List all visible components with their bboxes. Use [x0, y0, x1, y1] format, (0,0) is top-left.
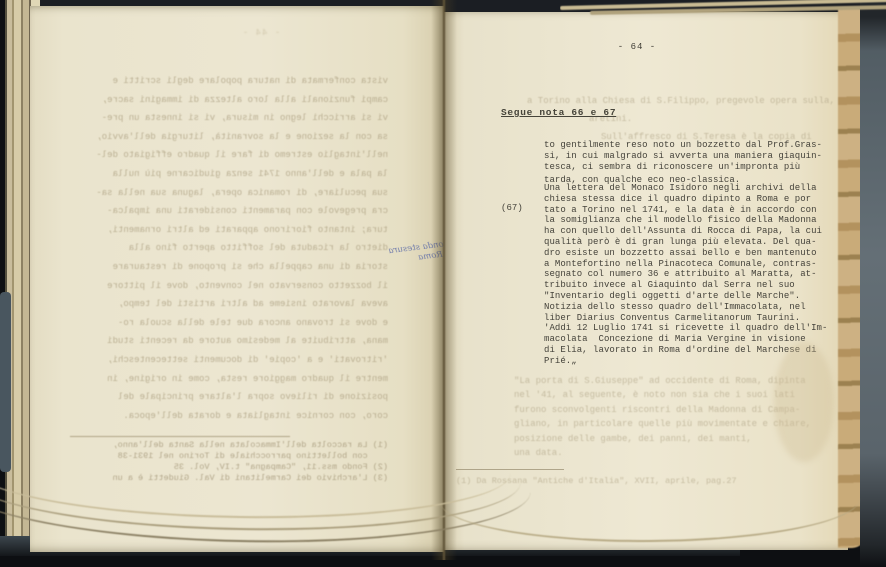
text-line: sa con la sezione e la sovranità, liturg… — [46, 128, 388, 147]
page-number: - 64 - — [592, 42, 682, 52]
text-line: vista confermata di natura popolare degl… — [46, 72, 388, 91]
text-line: liber Diarius Conventus Carmelitanorum T… — [544, 313, 827, 324]
text-line: Una lettera del Monaco Isidoro negli arc… — [544, 183, 827, 194]
text-line: tato a Torino nel 1741, e la data è in a… — [544, 205, 827, 216]
text-line: e dove si trovano ancora due tele della … — [46, 314, 388, 333]
text-line: tribuito invece al Giaquinto dal Serra n… — [544, 280, 827, 291]
text-line: (67) — [501, 203, 544, 214]
right-page: a Torino alla Chiesa di S.Filippo, prege… — [444, 12, 848, 550]
right-page-showthrough-bottom: "La porta di S.Giuseppe" ad occidente di… — [514, 374, 811, 460]
text-line: "La porta di S.Giuseppe" ad occidente di… — [514, 374, 811, 388]
text-line: tura; intanto fiorirono apparati ed altr… — [46, 221, 388, 240]
note-67-text: Una lettera del Monaco Isidoro negli arc… — [544, 183, 827, 367]
top-right-page-edges — [560, 0, 886, 18]
text-line: dro esiste un bozzetto assai bello e ben… — [544, 248, 827, 259]
text-line: campi funzionali alla loro altezza di im… — [46, 91, 388, 110]
text-line: dietro la ricaduta del soffitto aperto f… — [46, 239, 388, 258]
text-line: aretini. — [589, 110, 835, 128]
text-line: tesca, ci sembra di riconoscere un'impro… — [544, 162, 822, 173]
text-line: con bollettino parrocchiale di Torino ne… — [46, 451, 388, 462]
text-line: 'ritrovati' e a 'copie' di documenti set… — [46, 351, 388, 370]
text-line: macolata Concezione di Maria Vergine in … — [544, 334, 827, 345]
text-line: mentre il quadro maggiore resta, come in… — [46, 370, 388, 389]
note-67-number: (67) — [501, 183, 544, 234]
text-line: gliano, in particolare quelle più movime… — [514, 417, 811, 431]
text-line: chiesa stessa dice il quadro dipinto a R… — [544, 194, 827, 205]
text-line: ha con quello dell'Assunta di Rocca di P… — [544, 226, 827, 237]
text-line: cra pregevole con paramenti considerati … — [46, 202, 388, 221]
text-line: sua peculiare, di romanica opera, laguna… — [46, 184, 388, 203]
text-line: 'Addì 12 Luglio 1741 si ricevette il qua… — [544, 323, 827, 334]
note-67-block: (67) Una lettera del Monaco Isidoro negl… — [501, 183, 827, 367]
text-line: segnato col numero 36 e attribuito al Ma… — [544, 269, 827, 280]
text-line: nel '41, al seguente, è noto non sia che… — [514, 388, 811, 402]
note-66-continuation-text: to gentilmente reso noto un bozzetto dal… — [544, 140, 822, 186]
text-line: una data. — [514, 446, 811, 460]
text-line: nell'intaglio estremo di fare il quadro … — [46, 146, 388, 165]
text-line: posizione di rilievo sopra l'altare prin… — [46, 388, 388, 407]
text-line: la somiglianza che il modello fisico del… — [544, 215, 827, 226]
text-line: il bozzetto conservato nel convento, dov… — [46, 277, 388, 296]
text-line: storia di una cappella che si propone di… — [46, 258, 388, 277]
text-line: qualità però è di gran lunga più elevata… — [544, 237, 827, 248]
scanned-book-photo: - 44 - vista confermata di natura popola… — [0, 0, 886, 567]
right-cover-edge — [860, 0, 886, 567]
text-line: coro, con cornice intagliata e dorata de… — [46, 407, 388, 426]
section-heading: Segue nota 66 e 67 — [501, 107, 616, 118]
left-cover-edge — [0, 292, 11, 472]
text-line: to gentilmente reso noto un bozzetto dal… — [544, 140, 822, 151]
text-line: posizione delle gambe, dei panni, dei ma… — [514, 432, 811, 446]
text-line: (1) La raccolta dell'Immacolata nella Sa… — [46, 440, 388, 451]
paper-stain — [774, 342, 834, 462]
right-page-showthrough-top: a Torino alla Chiesa di S.Filippo, prege… — [527, 92, 835, 146]
left-footnote-rule — [70, 436, 290, 437]
text-line: mana, attribuite al medesimo autore da r… — [46, 332, 388, 351]
text-line: vi si arricchì legno in misura, vi si in… — [46, 109, 388, 128]
left-page-showthrough-text: vista confermata di natura popolare degl… — [46, 72, 388, 425]
text-line: si, in cui malgrado si avverta una manie… — [544, 151, 822, 162]
text-line: furono sconvolgenti riscontri della Mado… — [514, 403, 811, 417]
left-page-number-showthrough: - 44 - — [216, 28, 306, 38]
text-line: la pala e dell'anno 1741 senza giudicarn… — [46, 165, 388, 184]
text-line: "Inventario degli oggetti d'arte delle M… — [544, 291, 827, 302]
right-footnote-rule — [456, 469, 564, 470]
text-line: a Montefortino nella Pinacoteca Comunale… — [544, 259, 827, 270]
text-line: Notizia dello stesso quadro dell'Immacol… — [544, 302, 827, 313]
text-line: aveva lavorato insieme ad altri artisti … — [46, 295, 388, 314]
